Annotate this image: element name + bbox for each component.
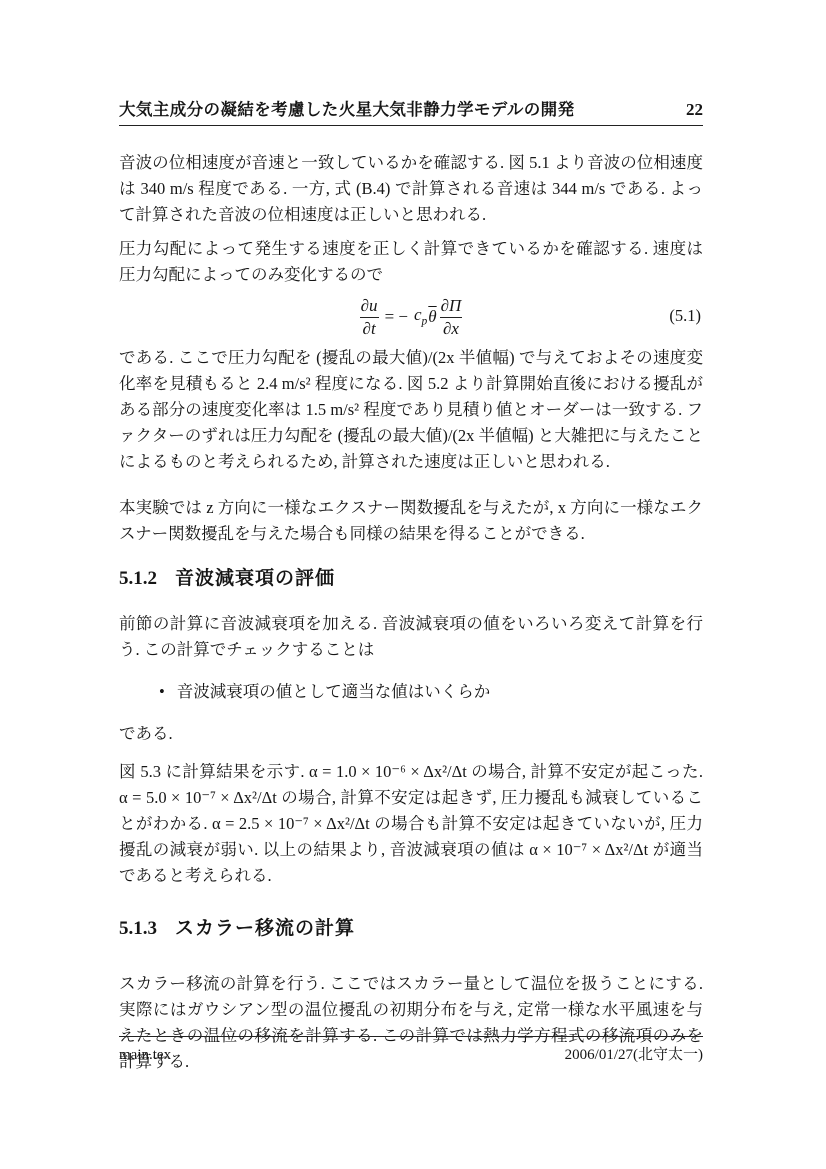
equation-rhs-fraction: ∂Π ∂x: [438, 295, 465, 339]
equation-lhs-denominator: ∂t: [360, 317, 379, 340]
paragraph-exner-disturbance: 本実験では z 方向に一様なエクスナー関数擾乱を与えたが, x 方向に一様なエク…: [119, 495, 703, 547]
section-heading-5-1-2: 5.1.2 音波減衰項の評価: [119, 565, 703, 593]
equation-lhs-numerator: ∂u: [358, 295, 381, 317]
footer-filename: main.tex: [119, 1046, 171, 1064]
main-text-block: 音波の位相速度が音速と一致しているかを確認する. 図 5.1 より音波の位相速度…: [119, 150, 703, 1075]
coefficient-subscript: p: [422, 316, 428, 328]
section-title: 音波減衰項の評価: [175, 565, 335, 593]
display-equation-5-1: ∂u ∂t = − cp θ ∂Π ∂x (5.1): [119, 294, 703, 340]
equation-rhs-denominator: ∂x: [440, 317, 462, 340]
paragraph-sound-phase-speed: 音波の位相速度が音速と一致しているかを確認する. 図 5.1 より音波の位相速度…: [119, 150, 703, 228]
paragraph-damping-term-intro: 前節の計算に音波減衰項を加える. 音波減衰項の値をいろいろ変えて計算を行う. こ…: [119, 611, 703, 663]
paragraph-damping-results: 図 5.3 に計算結果を示す. α = 1.0 × 10⁻⁶ × Δx²/Δt …: [119, 759, 703, 889]
equation-coefficient: cp: [414, 305, 427, 329]
coefficient-symbol: c: [414, 305, 422, 324]
mean-potential-temperature-symbol: θ: [428, 307, 436, 327]
bullet-icon: •: [159, 679, 165, 705]
equation-relation-sign: = −: [385, 307, 408, 327]
equation-math: ∂u ∂t = − cp θ ∂Π ∂x: [358, 295, 465, 339]
equation-number: (5.1): [669, 307, 701, 326]
section-title: スカラー移流の計算: [175, 915, 355, 943]
section-number: 5.1.2: [119, 565, 157, 593]
equation-lhs-fraction: ∂u ∂t: [358, 295, 381, 339]
list-item: • 音波減衰項の値として適当な値はいくらか: [119, 679, 703, 705]
section-number: 5.1.3: [119, 915, 157, 943]
paragraph-pressure-gradient-intro: 圧力勾配によって発生する速度を正しく計算できているかを確認する. 速度は圧力勾配…: [119, 236, 703, 288]
footer-date-author: 2006/01/27(北守太一): [565, 1046, 703, 1064]
page-number: 22: [686, 100, 703, 120]
paragraph-velocity-estimate: である. ここで圧力勾配を (擾乱の最大値)/(2x 半値幅) で与えておよその…: [119, 345, 703, 475]
document-page: 大気主成分の凝結を考慮した火星大気非静力学モデルの開発 22 音波の位相速度が音…: [0, 0, 826, 1169]
section-heading-5-1-3: 5.1.3 スカラー移流の計算: [119, 915, 703, 943]
page-footer: main.tex 2006/01/27(北守太一): [119, 1036, 703, 1064]
equation-rhs-numerator: ∂Π: [438, 295, 465, 317]
page-header: 大気主成分の凝結を考慮した火星大気非静力学モデルの開発 22: [119, 96, 703, 126]
list-item-text: 音波減衰項の値として適当な値はいくらか: [177, 679, 491, 705]
paragraph-dearu: である.: [119, 721, 703, 747]
running-title: 大気主成分の凝結を考慮した火星大気非静力学モデルの開発: [119, 96, 574, 120]
